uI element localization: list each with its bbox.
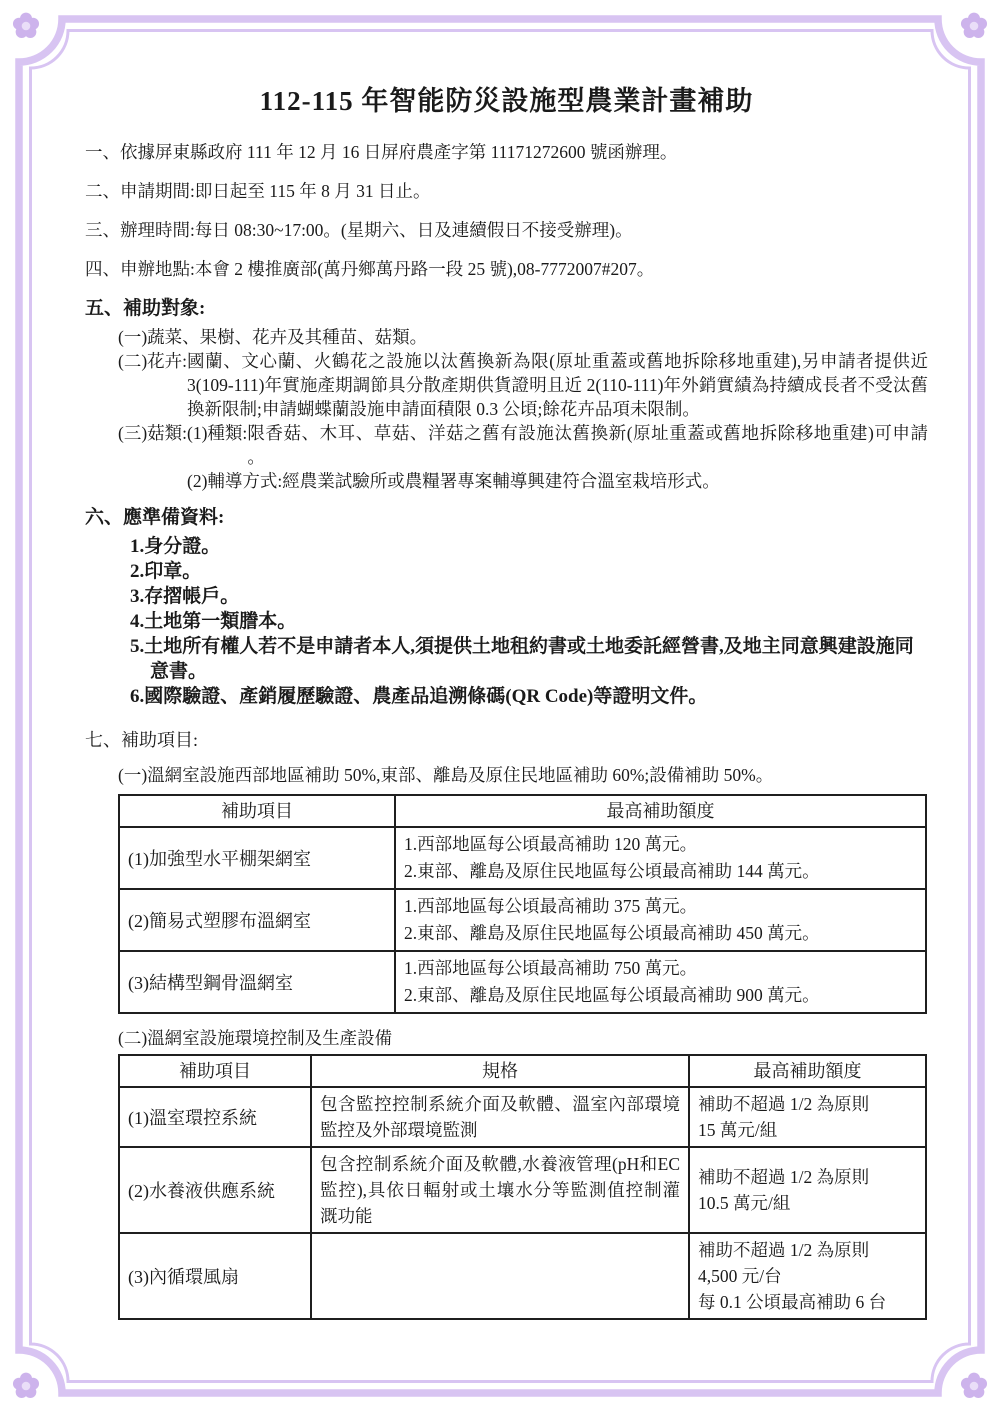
section5-item-2-label: (二)花卉: xyxy=(118,349,187,421)
amount-line: 補助不超過 1/2 為原則 xyxy=(698,1091,917,1117)
section6-item-5: 5.土地所有權人若不是申請者本人,須提供土地租約書或土地委託經營書,及地主同意興… xyxy=(130,634,928,684)
table-row: (2)簡易式塑膠布溫網室 1.西部地區每公頃最高補助 375 萬元。 2.東部、… xyxy=(119,889,926,951)
section5-item-3-sub1: (1)種類: 限香菇、木耳、草菇、洋菇之舊有設施汰舊換新(原址重蓋或舊地拆除移地… xyxy=(187,421,928,469)
spec-text: 包含控制系統介面及軟體,水養液管理(pH和EC監控),具依日輻射或土壤水分等監測… xyxy=(320,1151,680,1229)
table1-row3-item: (3)結構型鋼骨溫網室 xyxy=(119,951,395,1013)
table2-header-item: 補助項目 xyxy=(119,1055,311,1087)
table1-header-item: 補助項目 xyxy=(119,795,395,827)
intro-item-1: 一、依據屏東縣政府 111 年 12 月 16 日屏府農產字第 11171272… xyxy=(85,140,928,164)
table-row: (3)內循環風扇 補助不超過 1/2 為原則 4,500 元/台 每 0.1 公… xyxy=(119,1233,926,1319)
section5-item-3-label: (三)菇類: xyxy=(118,421,187,493)
table2-row3-item: (3)內循環風扇 xyxy=(119,1233,311,1319)
table2-header-spec: 規格 xyxy=(311,1055,689,1087)
page-title: 112-115 年智能防災設施型農業計畫補助 xyxy=(85,84,928,118)
intro-item-4: 四、申辦地點:本會 2 樓推廣部(萬丹鄉萬丹路一段 25 號),08-77720… xyxy=(85,257,928,281)
section6-item-3: 3.存摺帳戶。 xyxy=(130,584,928,609)
document-body: 112-115 年智能防災設施型農業計畫補助 一、依據屏東縣政府 111 年 1… xyxy=(85,84,928,1320)
table2-row1-amount: 補助不超過 1/2 為原則 15 萬元/組 xyxy=(689,1087,926,1147)
section7-part1-intro: (一)溫網室設施西部地區補助 50%,東部、離島及原住民地區補助 60%;設備補… xyxy=(118,763,928,787)
spec-text: 包含監控控制系統介面及軟體、溫室內部環境監控及外部環境監測 xyxy=(320,1091,680,1143)
amount-line: 每 0.1 公頃最高補助 6 台 xyxy=(698,1289,917,1315)
table2-header-row: 補助項目 規格 最高補助額度 xyxy=(119,1055,926,1087)
amount-line: 2.東部、離島及原住民地區每公頃最高補助 900 萬元。 xyxy=(404,982,917,1009)
table-row: (1)加強型水平棚架網室 1.西部地區每公頃最高補助 120 萬元。 2.東部、… xyxy=(119,827,926,889)
amount-line: 1.西部地區每公頃最高補助 120 萬元。 xyxy=(404,831,917,858)
table-row: (3)結構型鋼骨溫網室 1.西部地區每公頃最高補助 750 萬元。 2.東部、離… xyxy=(119,951,926,1013)
amount-line: 2.東部、離島及原住民地區每公頃最高補助 450 萬元。 xyxy=(404,920,917,947)
section7-part2-intro: (二)溫網室設施環境控制及生產設備 xyxy=(118,1026,928,1050)
amount-line: 1.西部地區每公頃最高補助 375 萬元。 xyxy=(404,893,917,920)
section5-header: 五、補助對象: xyxy=(85,296,928,322)
amount-line: 補助不超過 1/2 為原則 xyxy=(698,1164,917,1190)
section5-item-1: (一)蔬菜、果樹、花卉及其種苗、菇類。 xyxy=(118,325,928,349)
section5-item-2-text: 國蘭、文心蘭、火鶴花之設施以汰舊換新為限(原址重蓋或舊地拆除移地重建),另申請者… xyxy=(187,349,928,421)
table2-row3-amount: 補助不超過 1/2 為原則 4,500 元/台 每 0.1 公頃最高補助 6 台 xyxy=(689,1233,926,1319)
amount-line: 1.西部地區每公頃最高補助 750 萬元。 xyxy=(404,955,917,982)
table2-row3-spec xyxy=(311,1233,689,1319)
table2-row1-spec: 包含監控控制系統介面及軟體、溫室內部環境監控及外部環境監測 xyxy=(311,1087,689,1147)
amount-line: 補助不超過 1/2 為原則 xyxy=(698,1237,917,1263)
table2-row2-item: (2)水養液供應系統 xyxy=(119,1147,311,1233)
table1-row2-item: (2)簡易式塑膠布溫網室 xyxy=(119,889,395,951)
section6-item-2: 2.印章。 xyxy=(130,559,928,584)
table1-row3-amount: 1.西部地區每公頃最高補助 750 萬元。 2.東部、離島及原住民地區每公頃最高… xyxy=(395,951,926,1013)
section6-item-6: 6.國際驗證、產銷履歷驗證、農產品追溯條碼(QR Code)等證明文件。 xyxy=(130,684,928,709)
amount-line: 4,500 元/台 xyxy=(698,1263,917,1289)
table-row: (1)溫室環控系統 包含監控控制系統介面及軟體、溫室內部環境監控及外部環境監測 … xyxy=(119,1087,926,1147)
section5-item-3-body: (1)種類: 限香菇、木耳、草菇、洋菇之舊有設施汰舊換新(原址重蓋或舊地拆除移地… xyxy=(187,421,928,493)
section6-header: 六、應準備資料: xyxy=(85,505,928,531)
section5-item-3-sub1-text: 限香菇、木耳、草菇、洋菇之舊有設施汰舊換新(原址重蓋或舊地拆除移地重建)可申請 … xyxy=(247,421,928,469)
section5-item-3: (三)菇類: (1)種類: 限香菇、木耳、草菇、洋菇之舊有設施汰舊換新(原址重蓋… xyxy=(118,421,928,493)
table2-row2-amount: 補助不超過 1/2 為原則 10.5 萬元/組 xyxy=(689,1147,926,1233)
intro-item-3: 三、辦理時間:每日 08:30~17:00。(星期六、日及連續假日不接受辦理)。 xyxy=(85,218,928,242)
table1-row1-amount: 1.西部地區每公頃最高補助 120 萬元。 2.東部、離島及原住民地區每公頃最高… xyxy=(395,827,926,889)
subsidy-table-greenhouse: 補助項目 最高補助額度 (1)加強型水平棚架網室 1.西部地區每公頃最高補助 1… xyxy=(118,794,927,1014)
intro-item-2: 二、申請期間:即日起至 115 年 8 月 31 日止。 xyxy=(85,179,928,203)
table1-header-row: 補助項目 最高補助額度 xyxy=(119,795,926,827)
amount-line: 10.5 萬元/組 xyxy=(698,1190,917,1216)
table2-row1-item: (1)溫室環控系統 xyxy=(119,1087,311,1147)
section5-item-3-sub2: (2)輔導方式:經農業試驗所或農糧署專案輔導興建符合溫室栽培形式。 xyxy=(187,469,928,493)
section6-item-4: 4.土地第一類謄本。 xyxy=(130,609,928,634)
table1-row2-amount: 1.西部地區每公頃最高補助 375 萬元。 2.東部、離島及原住民地區每公頃最高… xyxy=(395,889,926,951)
table2-row2-spec: 包含控制系統介面及軟體,水養液管理(pH和EC監控),具依日輻射或土壤水分等監測… xyxy=(311,1147,689,1233)
section6-item-1: 1.身分證。 xyxy=(130,534,928,559)
table2-header-amount: 最高補助額度 xyxy=(689,1055,926,1087)
section5-item-2: (二)花卉: 國蘭、文心蘭、火鶴花之設施以汰舊換新為限(原址重蓋或舊地拆除移地重… xyxy=(118,349,928,421)
amount-line: 2.東部、離島及原住民地區每公頃最高補助 144 萬元。 xyxy=(404,858,917,885)
section7-header: 七、補助項目: xyxy=(85,727,928,753)
table-row: (2)水養液供應系統 包含控制系統介面及軟體,水養液管理(pH和EC監控),具依… xyxy=(119,1147,926,1233)
amount-line: 15 萬元/組 xyxy=(698,1117,917,1143)
subsidy-table-equipment: 補助項目 規格 最高補助額度 (1)溫室環控系統 包含監控控制系統介面及軟體、溫… xyxy=(118,1054,927,1320)
table1-row1-item: (1)加強型水平棚架網室 xyxy=(119,827,395,889)
table1-header-amount: 最高補助額度 xyxy=(395,795,926,827)
section5-item-3-sub1-label: (1)種類: xyxy=(187,421,247,469)
